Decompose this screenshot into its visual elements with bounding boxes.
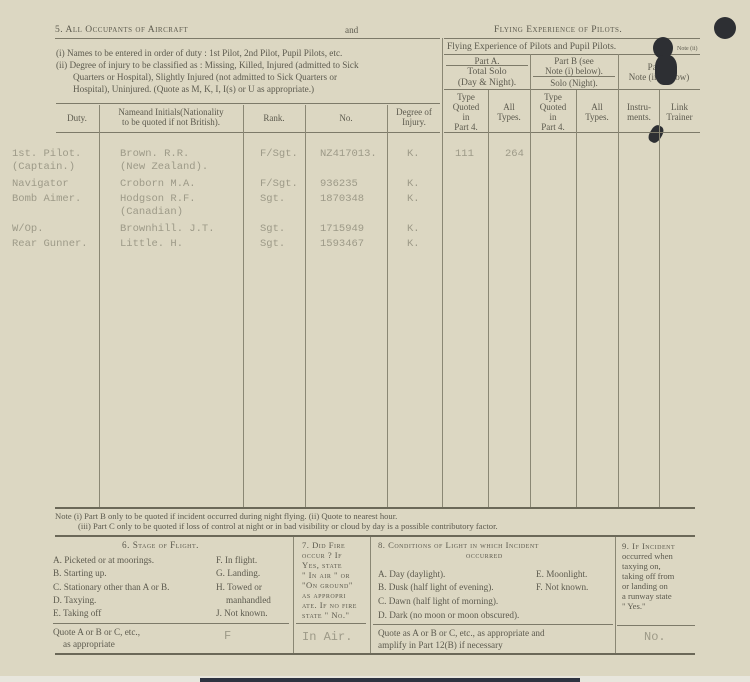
ink-blot xyxy=(646,123,665,145)
duty: Rear Gunner. xyxy=(12,238,88,251)
service-no: 1870348 xyxy=(320,193,364,206)
duty: W/Op. xyxy=(12,223,44,236)
name: Brownhill. J.T. xyxy=(120,223,215,236)
flying-title: Flying Experience of Pilots. xyxy=(494,25,622,36)
light-option-e: E. Moonlight. xyxy=(536,569,587,580)
instruction-2b: Quarters or Hospital), Slightly Injured … xyxy=(73,72,337,83)
stage-option-j: J. Not known. xyxy=(216,608,268,619)
name: Little. H. xyxy=(120,238,183,251)
a-type-quoted: TypeQuotedinPart 4. xyxy=(444,92,488,132)
stage-option-d: D. Taxying. xyxy=(53,595,96,606)
name: Croborn M.A. xyxy=(120,178,196,191)
col-injury-l2: Injury. xyxy=(388,117,440,127)
light-option-f: F. Not known. xyxy=(536,582,588,593)
stage-quote-l1: Quote A or B or C, etc., xyxy=(53,627,140,638)
b-all-types: AllTypes. xyxy=(576,102,618,122)
rank: F/Sgt. xyxy=(260,178,298,191)
instruction-1: (i) Names to be entered in order of duty… xyxy=(56,48,342,59)
service-no: 1715949 xyxy=(320,223,364,236)
stage-answer: F xyxy=(224,630,231,643)
section-title: 5. All Occupants of Aircraft xyxy=(55,25,188,36)
col-no: No. xyxy=(306,113,386,123)
injury: K. xyxy=(407,223,420,236)
scan-edge xyxy=(0,676,750,682)
duty: Navigator xyxy=(12,178,69,191)
injury: K. xyxy=(407,238,420,251)
light-option-c: C. Dawn (half light of morning). xyxy=(378,596,498,607)
service-no: NZ417013. xyxy=(320,148,377,161)
light-option-d: D. Dark (no moon or moon obscured). xyxy=(378,610,519,621)
fire-answer: In Air. xyxy=(302,631,352,644)
col-injury-l1: Degree of xyxy=(388,107,440,117)
b-type-quoted: TypeQuotedinPart 4. xyxy=(531,92,575,132)
stage-quote-l2: as appropriate xyxy=(63,639,115,650)
stage-option-e: E. Taking off xyxy=(53,608,101,619)
duty: Bomb Aimer. xyxy=(12,193,81,206)
col-name-l1: Nameand Initials(Nationality xyxy=(100,107,242,117)
stage-option-b: B. Starting up. xyxy=(53,568,107,579)
name: Brown. R.R. xyxy=(120,148,189,161)
runway-question: 9. If Incidentoccurred whentaxying on,ta… xyxy=(622,541,675,611)
instruction-2c: Hospital), Uninjured. (Quote as M, K, I,… xyxy=(73,84,314,95)
ink-blot xyxy=(714,17,736,39)
part-b-sub1: Note (i) below). xyxy=(531,66,617,76)
stage-option-a: A. Picketed or at moorings. xyxy=(53,555,154,566)
and-label: and xyxy=(345,25,358,36)
c-link-trainer: LinkTrainer xyxy=(659,102,700,122)
runway-answer: No. xyxy=(644,631,666,644)
document-page: 5. All Occupants of Aircraft and Flying … xyxy=(0,0,750,676)
injury: K. xyxy=(407,178,420,191)
rank: Sgt. xyxy=(260,223,285,236)
light-quote-l2: amplify in Part 12(B) if necessary xyxy=(378,640,503,651)
rank: F/Sgt. xyxy=(260,148,298,161)
stage-option-c: C. Stationary other than A or B. xyxy=(53,582,169,593)
stage-title: 6. Stage of Flight. xyxy=(122,540,199,551)
service-no: 1593467 xyxy=(320,238,364,251)
part-a-sub2: (Day & Night). xyxy=(444,78,530,88)
service-no: 936235 xyxy=(320,178,358,191)
ink-blot xyxy=(655,55,677,85)
stage-option-h: H. Towed or xyxy=(216,582,262,593)
nationality: (New Zealand). xyxy=(120,161,208,174)
nationality: (Canadian) xyxy=(120,206,183,219)
name: Hodgson R.F. xyxy=(120,193,196,206)
part-b-title: Part B (see xyxy=(531,56,617,66)
part-a-type-hours: 111 xyxy=(455,148,474,161)
light-option-b: B. Dusk (half light of evening). xyxy=(378,582,494,593)
light-title-1: 8. Conditions of Light in which Incident xyxy=(378,540,539,551)
a-all-types: AllTypes. xyxy=(488,102,530,122)
part-a-sub1: Total Solo xyxy=(444,67,530,77)
injury: K. xyxy=(407,193,420,206)
note-line-2: (iii) Part C only to be quoted if loss o… xyxy=(78,521,498,532)
col-duty: Duty. xyxy=(56,113,98,123)
rank: Sgt. xyxy=(260,193,285,206)
light-title-2: occurred xyxy=(466,550,503,561)
light-option-a: A. Day (daylight). xyxy=(378,569,445,580)
flying-group-title: Flying Experience of Pilots and Pupil Pi… xyxy=(447,42,616,53)
col-rank: Rank. xyxy=(244,113,304,123)
rank: Sgt. xyxy=(260,238,285,251)
part-a-all-hours: 264 xyxy=(505,148,524,161)
col-name-l2: to be quoted if not British). xyxy=(100,117,242,127)
light-quote-l1: Quote as A or B or C, etc., as appropria… xyxy=(378,628,545,639)
fire-question: 7. Did Fireoccur ? IfYes, state" In air … xyxy=(302,540,357,620)
c-instruments: Instru-ments. xyxy=(618,102,660,122)
stage-option-g: G. Landing. xyxy=(216,568,260,579)
duty-note: (Captain.) xyxy=(12,161,75,174)
injury: K. xyxy=(407,148,420,161)
duty: 1st. Pilot. xyxy=(12,148,81,161)
stage-option-f: F. In flight. xyxy=(216,555,257,566)
part-b-sub2: Solo (Night). xyxy=(531,78,617,88)
instruction-2a: (ii) Degree of injury to be classified a… xyxy=(56,60,359,71)
stage-option-h-cont: manhandled xyxy=(226,595,271,606)
